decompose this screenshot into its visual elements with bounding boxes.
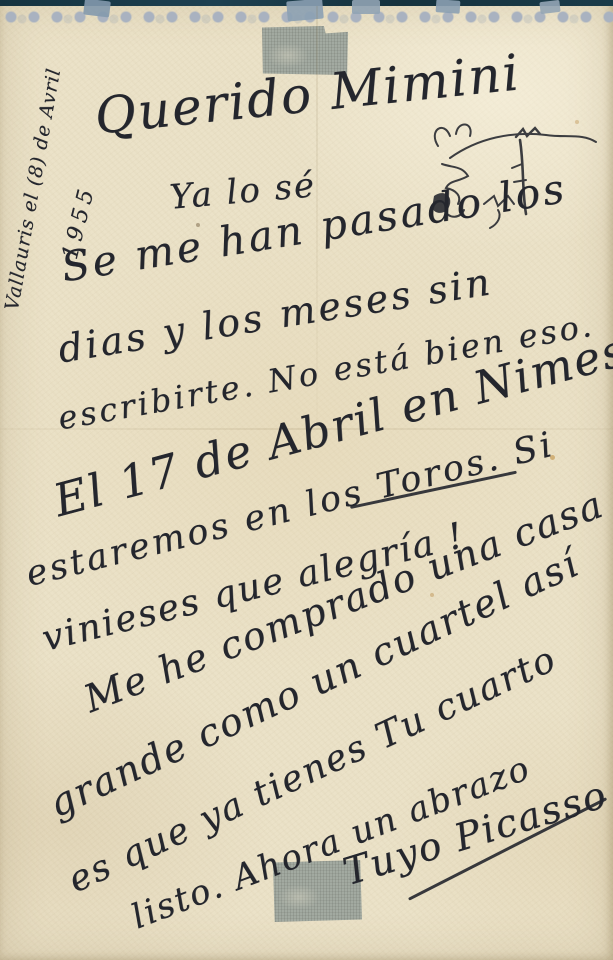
paper-remnant [352, 0, 380, 14]
paper-remnant [436, 0, 461, 14]
paper-remnant [83, 0, 111, 18]
paper-remnant [539, 0, 560, 14]
bull-doodle-sketch [420, 106, 600, 256]
fox-spot [430, 593, 434, 597]
letter-sheet: Vallauris el (8) de Avril 1955 Querido M… [0, 0, 613, 960]
paper-remnant [286, 0, 324, 22]
